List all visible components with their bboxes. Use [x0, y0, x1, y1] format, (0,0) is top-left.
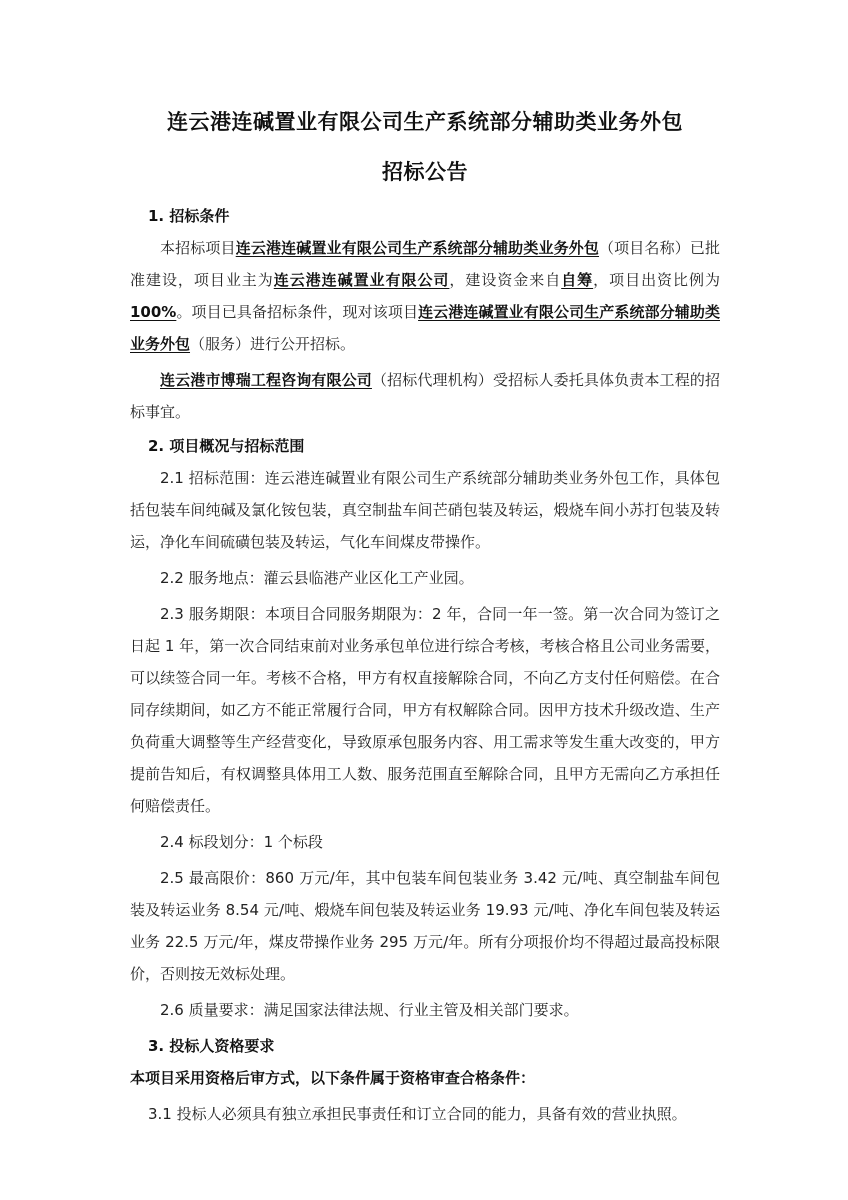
section-1-paragraph-2: 连云港市博瑞工程咨询有限公司（招标代理机构）受招标人委托具体负责本工程的招标事宜… — [130, 364, 720, 428]
section-1-paragraph-1: 本招标项目连云港连碱置业有限公司生产系统部分辅助类业务外包（项目名称）已批准建设… — [130, 232, 720, 360]
document-subtitle: 招标公告 — [130, 158, 720, 186]
item-2-2: 2.2 服务地点：灌云县临港产业区化工产业园。 — [130, 562, 720, 594]
project-name: 连云港连碱置业有限公司生产系统部分辅助类业务外包 — [236, 239, 599, 257]
item-2-6: 2.6 质量要求：满足国家法律法规、行业主管及相关部门要求。 — [130, 994, 720, 1026]
fund-source: 自筹 — [561, 271, 593, 289]
item-2-1: 2.1 招标范围：连云港连碱置业有限公司生产系统部分辅助类业务外包工作，具体包括… — [130, 462, 720, 558]
text: 。项目已具备招标条件，现对该项目 — [176, 303, 418, 321]
item-3-1: 3.1 投标人必须具有独立承担民事责任和订立合同的能力，具备有效的营业执照。 — [130, 1098, 720, 1130]
document-page: 连云港连碱置业有限公司生产系统部分辅助类业务外包 招标公告 1. 招标条件 本招… — [130, 104, 720, 1130]
text: ，项目出资比例为 — [593, 271, 720, 289]
section-1-heading: 1. 招标条件 — [130, 206, 720, 226]
section-3-heading: 3. 投标人资格要求 — [130, 1036, 720, 1056]
project-owner: 连云港连碱置业有限公司 — [274, 271, 450, 289]
text: 本招标项目 — [160, 239, 236, 257]
text: （服务）进行公开招标。 — [190, 335, 355, 353]
text: ，建设资金来自 — [449, 271, 561, 289]
item-2-4: 2.4 标段划分：1 个标段 — [130, 826, 720, 858]
funding-ratio: 100% — [130, 303, 176, 321]
section-3-intro: 本项目采用资格后审方式，以下条件属于资格审查合格条件： — [130, 1062, 720, 1094]
item-2-3: 2.3 服务期限：本项目合同服务期限为：2 年，合同一年一签。第一次合同为签订之… — [130, 598, 720, 822]
item-2-5: 2.5 最高限价：860 万元/年，其中包装车间包装业务 3.42 元/吨、真空… — [130, 862, 720, 990]
tender-agent: 连云港市博瑞工程咨询有限公司 — [160, 371, 372, 389]
document-title: 连云港连碱置业有限公司生产系统部分辅助类业务外包 — [130, 108, 720, 136]
section-2-heading: 2. 项目概况与招标范围 — [130, 436, 720, 456]
